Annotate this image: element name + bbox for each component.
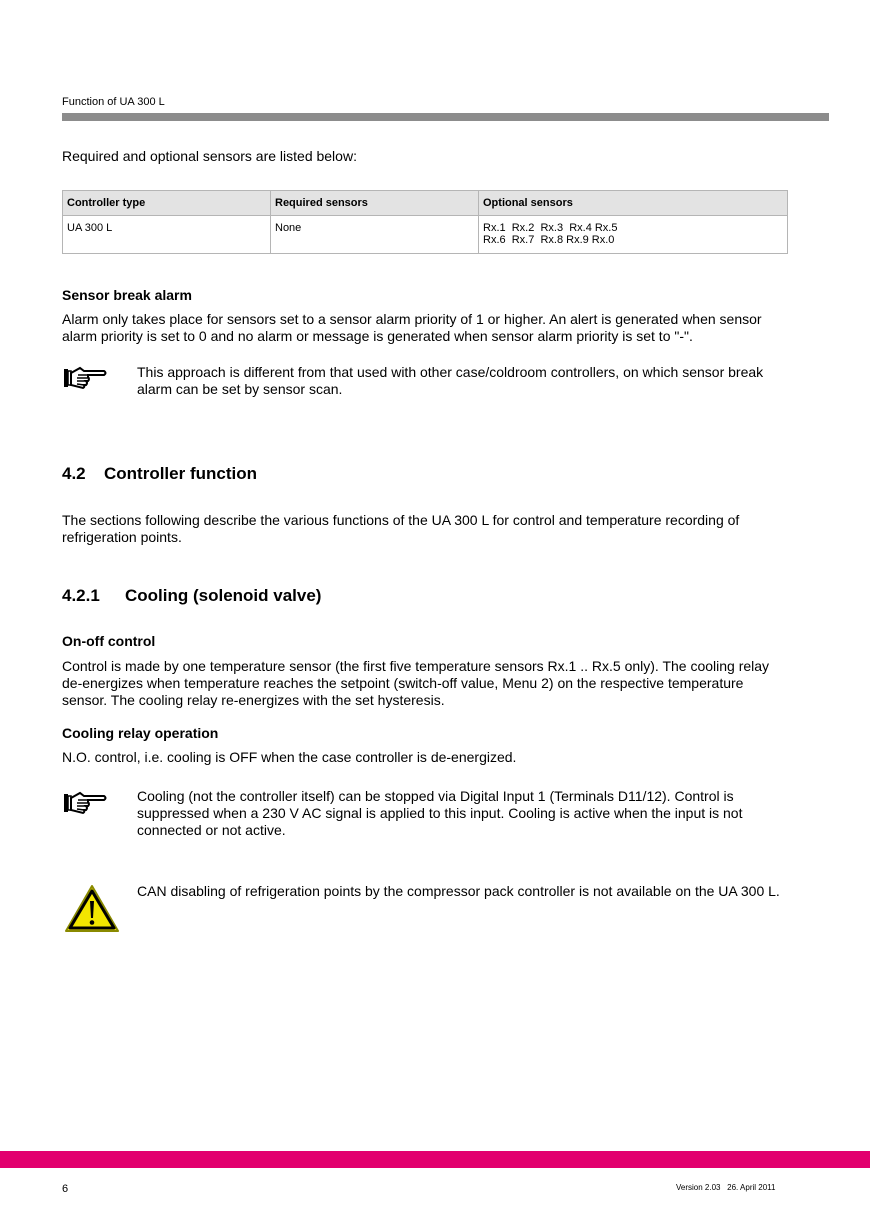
digital-input-note: Cooling (not the controller itself) can … xyxy=(137,788,787,839)
column-header-controller-type: Controller type xyxy=(63,191,271,216)
sensor-break-heading: Sensor break alarm xyxy=(62,287,192,303)
can-disabling-warning: CAN disabling of refrigeration points by… xyxy=(137,883,787,900)
section-heading-4-2-1: 4.2.1Cooling (solenoid valve) xyxy=(62,586,321,606)
section-number: 4.2.1 xyxy=(62,586,125,606)
pointing-hand-icon xyxy=(62,364,108,392)
column-header-optional-sensors: Optional sensors xyxy=(479,191,788,216)
cooling-relay-heading: Cooling relay operation xyxy=(62,725,218,741)
warning-triangle-icon xyxy=(64,884,120,934)
version-date: Version 2.03 26. April 2011 xyxy=(676,1183,775,1192)
optional-sensors-line-2: Rx.6 Rx.7 Rx.8 Rx.9 Rx.0 xyxy=(483,234,783,246)
cooling-relay-paragraph: N.O. control, i.e. cooling is OFF when t… xyxy=(62,749,792,766)
pointing-hand-icon xyxy=(62,789,108,817)
section-number: 4.2 xyxy=(62,464,104,484)
section-heading-4-2: 4.2Controller function xyxy=(62,464,257,484)
cell-required-sensors: None xyxy=(271,216,479,254)
table-header-row: Controller type Required sensors Optiona… xyxy=(63,191,788,216)
intro-paragraph: Required and optional sensors are listed… xyxy=(62,148,357,165)
on-off-control-paragraph: Control is made by one temperature senso… xyxy=(62,658,792,709)
table-row: UA 300 L None Rx.1 Rx.2 Rx.3 Rx.4 Rx.5 R… xyxy=(63,216,788,254)
sensor-table: Controller type Required sensors Optiona… xyxy=(62,190,788,254)
on-off-control-heading: On-off control xyxy=(62,633,155,649)
footer-rule xyxy=(0,1151,870,1168)
section-title: Cooling (solenoid valve) xyxy=(125,586,321,605)
sensor-break-note: This approach is different from that use… xyxy=(137,364,787,398)
optional-sensors-line-1: Rx.1 Rx.2 Rx.3 Rx.4 Rx.5 xyxy=(483,222,783,234)
running-header: Function of UA 300 L xyxy=(62,96,165,108)
page-number: 6 xyxy=(62,1183,68,1195)
column-header-required-sensors: Required sensors xyxy=(271,191,479,216)
section-title: Controller function xyxy=(104,464,257,483)
cell-optional-sensors: Rx.1 Rx.2 Rx.3 Rx.4 Rx.5 Rx.6 Rx.7 Rx.8 … xyxy=(479,216,788,254)
header-rule xyxy=(62,113,829,121)
cell-controller-type: UA 300 L xyxy=(63,216,271,254)
section-4-2-paragraph: The sections following describe the vari… xyxy=(62,512,792,546)
sensor-break-paragraph: Alarm only takes place for sensors set t… xyxy=(62,311,792,345)
